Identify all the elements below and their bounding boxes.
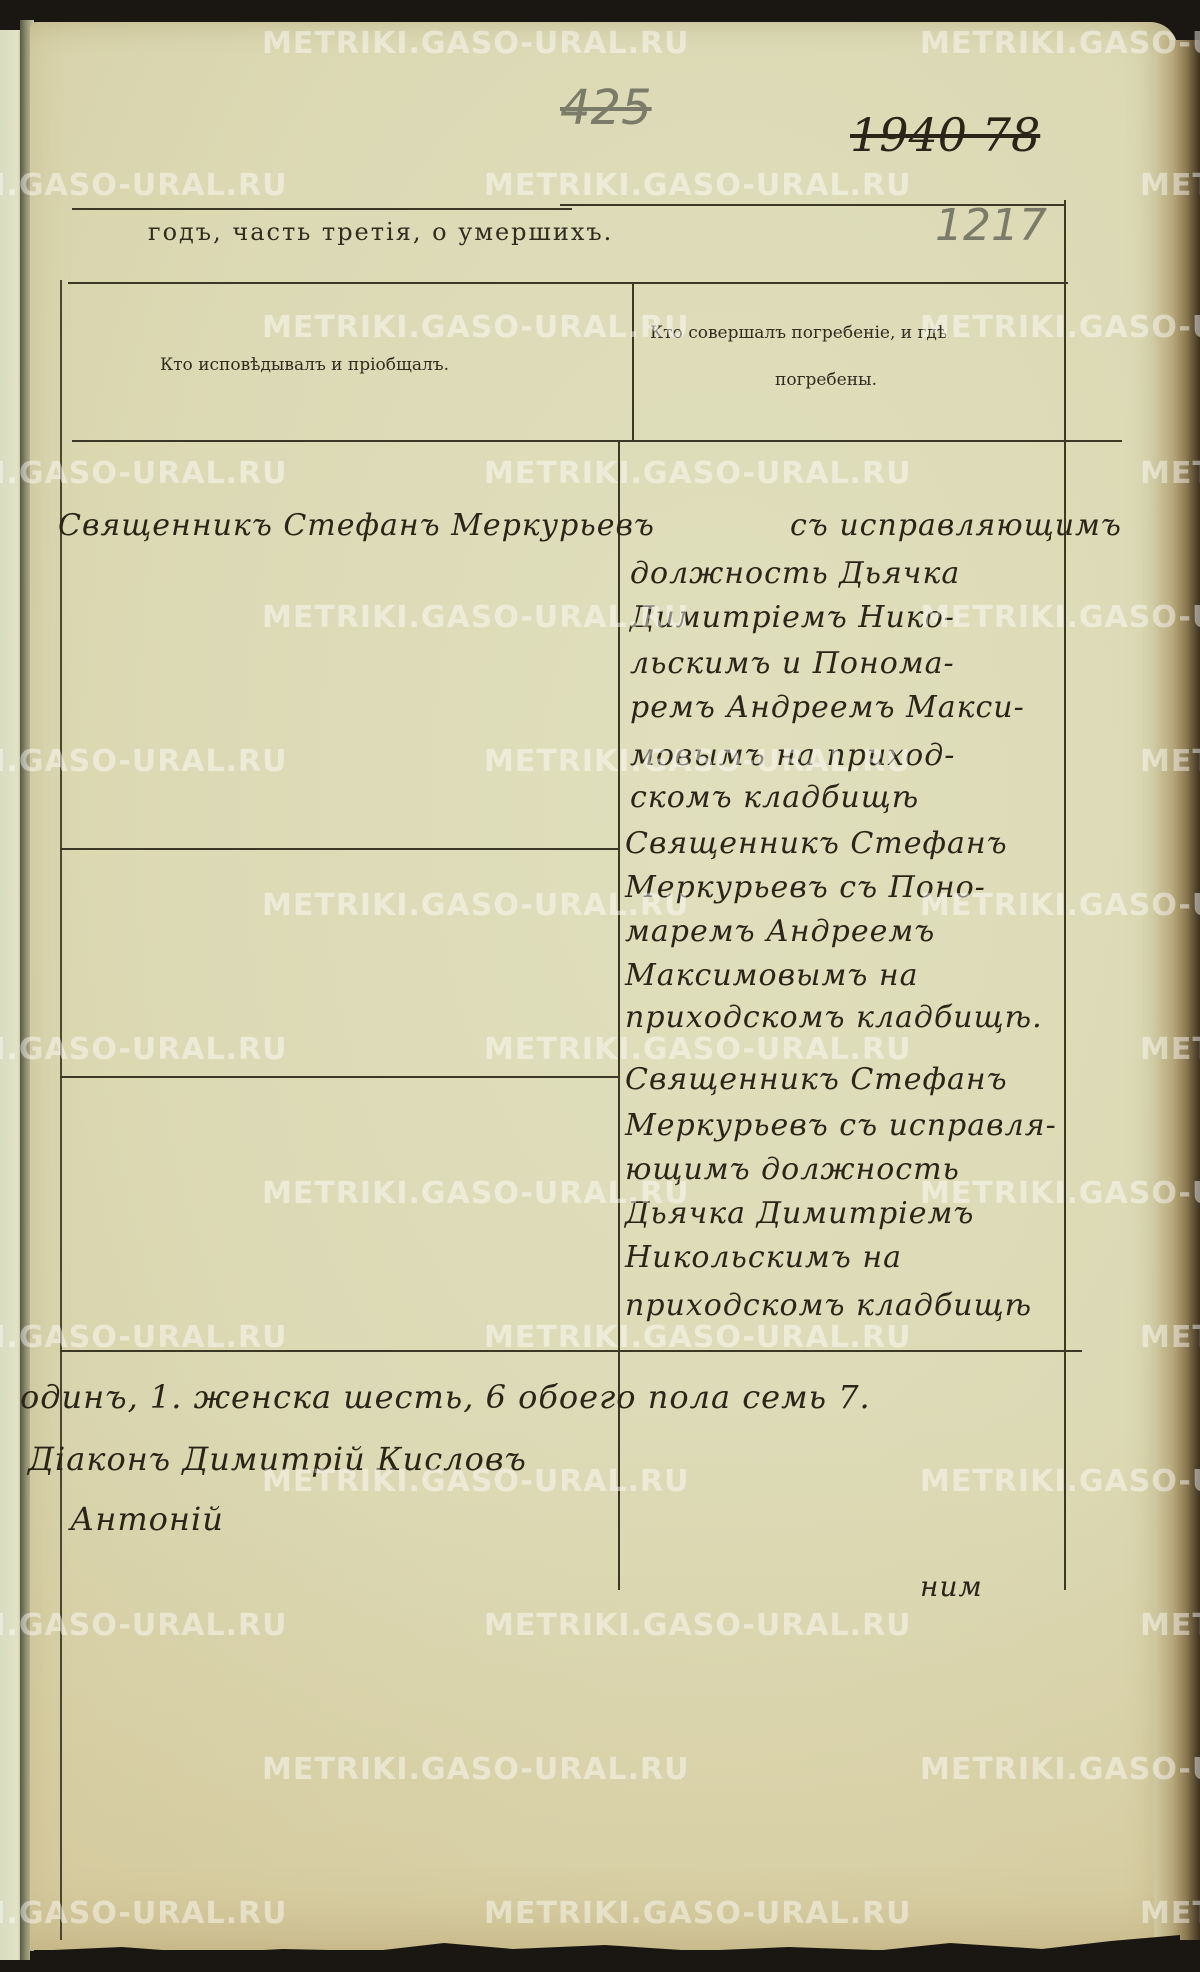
footer-summary: одинъ, 1. женска шесть, 6 обоего пола се… — [20, 1378, 871, 1416]
footer-deacon-signature: Діаконъ Димитрій Кисловъ — [28, 1440, 527, 1478]
record-1-burial-line-6: мовымъ на приход- — [630, 738, 955, 773]
adjacent-page-strip — [0, 30, 22, 1960]
record-3-burial-line-2: Меркурьевъ съ исправля- — [625, 1108, 1057, 1143]
record-3-burial-line-3: ющимъ должность — [625, 1152, 960, 1187]
record-2-burial-line-3: маремъ Андреемъ — [625, 914, 935, 949]
footer-separator — [60, 1350, 1082, 1352]
record-1-burial-line-4: льскимъ и Пономa- — [630, 646, 955, 681]
header-rule-top — [68, 282, 1068, 284]
archive-number-struck: 425 — [560, 80, 652, 136]
record-2-burial-line-2: Меркурьевъ съ Поно- — [625, 870, 986, 905]
record-1-burial-line-3: Димитріемъ Нико- — [630, 600, 955, 635]
record-1-burial-line-2: должность Дьячка — [630, 556, 960, 591]
column-divider-body — [618, 440, 620, 1590]
record-separator-1 — [60, 848, 618, 850]
page-edge-stack — [1154, 40, 1200, 1940]
title-rule-left — [72, 208, 572, 210]
page-number: 1217 — [935, 200, 1047, 251]
column-header-confessor: Кто исповѣдывалъ и пріобщалъ. — [160, 355, 449, 375]
record-3-burial-line-1: Священникъ Стефанъ — [625, 1062, 1008, 1097]
record-2-burial-line-5: приходскомъ кладбищѣ. — [625, 1000, 1043, 1035]
record-1-burial-line-7: скомъ кладбищѣ — [630, 780, 919, 815]
record-3-burial-line-6: приходскомъ кладбищѣ — [625, 1288, 1032, 1323]
record-1-burial-line-5: ремъ Андреемъ Макси- — [630, 690, 1025, 725]
header-rule-bottom — [72, 440, 1122, 442]
column-header-burial-line2: погребены. — [775, 370, 877, 390]
record-1-burial-line-1: съ исправляющимъ — [790, 508, 1122, 543]
record-separator-2 — [60, 1076, 618, 1078]
footer-sexton-signature: Антоній — [70, 1500, 224, 1538]
column-divider — [632, 282, 634, 440]
column-header-burial-line1: Кто совершалъ погребеніе, и гдѣ — [650, 323, 947, 343]
footer-mark: ним — [920, 1570, 983, 1603]
record-3-burial-line-4: Дьячка Димитріемъ — [625, 1196, 974, 1231]
record-2-burial-line-1: Священникъ Стефанъ — [625, 826, 1008, 861]
record-3-burial-line-5: Никольскимъ на — [625, 1240, 902, 1275]
record-2-burial-line-4: Максимовымъ на — [625, 958, 919, 993]
table-right-border — [1064, 200, 1066, 1590]
page-header-title: годъ, часть третія, о умершихъ. — [148, 218, 613, 246]
folio-number-struck: 1940 78 — [850, 108, 1040, 162]
record-1-confessor: Священникъ Стефанъ Меркурьевъ — [58, 508, 655, 543]
register-page — [30, 22, 1178, 1950]
